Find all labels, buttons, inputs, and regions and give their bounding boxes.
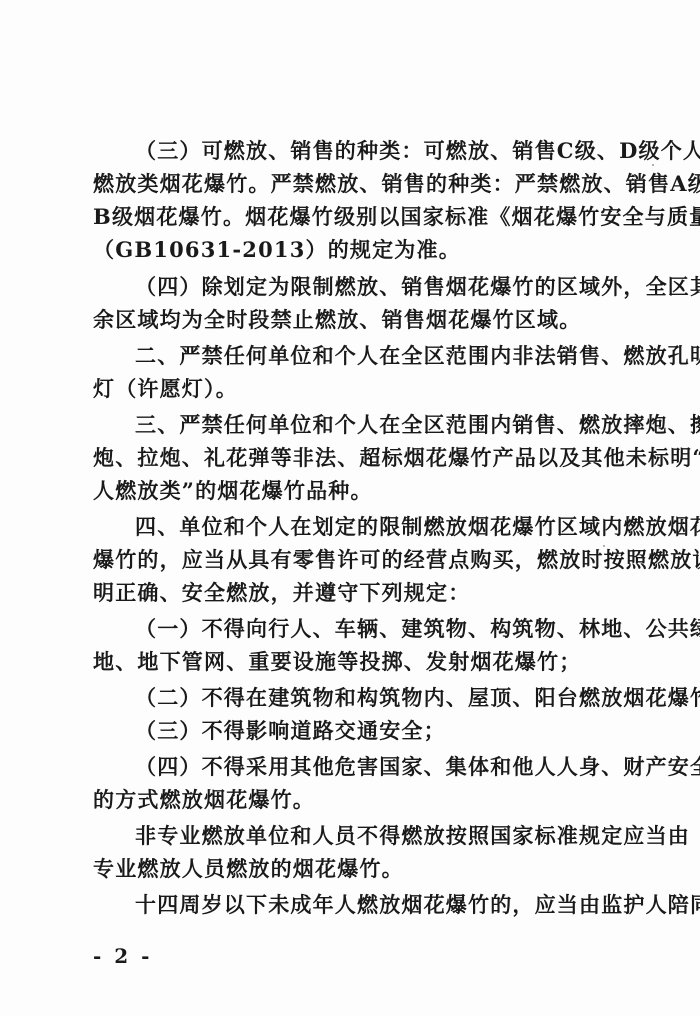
text-line: 的方式燃放烟花爆竹。 — [93, 787, 609, 813]
scan-speck — [603, 545, 605, 547]
text-line: 人燃放类”的烟花爆竹品种。 — [93, 478, 609, 504]
text-line: 燃放类烟花爆竹。严禁燃放、销售的种类：严禁燃放、销售A级、 — [93, 171, 609, 197]
text-line: 非专业燃放单位和人员不得燃放按照国家标准规定应当由 — [135, 823, 609, 849]
text-line: 专业燃放人员燃放的烟花爆竹。 — [93, 856, 609, 882]
text-line: B级烟花爆竹。烟花爆竹级别以国家标准《烟花爆竹安全与质量》 — [93, 204, 609, 230]
page-number: - 2 - — [93, 944, 152, 968]
scan-speck — [652, 164, 654, 166]
text-line: 灯（许愿灯）。 — [93, 376, 609, 402]
text-line: 炮、拉炮、礼花弹等非法、超标烟花爆竹产品以及其他未标明“个 — [93, 445, 609, 471]
text-line: 爆竹的，应当从具有零售许可的经营点购买，燃放时按照燃放说 — [93, 547, 609, 573]
text-line: （三）可燃放、销售的种类：可燃放、销售C级、D级个人 — [135, 138, 609, 164]
text-line: （GB10631-2013）的规定为准。 — [93, 237, 609, 263]
text-line: 余区域均为全时段禁止燃放、销售烟花爆竹区域。 — [93, 307, 609, 333]
text-line: （三）不得影响道路交通安全； — [135, 718, 609, 744]
document-page: （三）可燃放、销售的种类：可燃放、销售C级、D级个人燃放类烟花爆竹。严禁燃放、销… — [0, 0, 700, 1016]
text-line: 三、严禁任何单位和个人在全区范围内销售、燃放摔炮、擦 — [135, 412, 609, 438]
text-line: （二）不得在建筑物和构筑物内、屋顶、阳台燃放烟花爆竹； — [135, 685, 609, 711]
text-line: 二、严禁任何单位和个人在全区范围内非法销售、燃放孔明 — [135, 343, 609, 369]
text-line: （四）除划定为限制燃放、销售烟花爆竹的区域外，全区其 — [135, 274, 609, 300]
text-line: （一）不得向行人、车辆、建筑物、构筑物、林地、公共绿 — [135, 616, 609, 642]
text-line: 明正确、安全燃放，并遵守下列规定： — [93, 580, 609, 606]
text-line: 四、单位和个人在划定的限制燃放烟花爆竹区域内燃放烟花 — [135, 514, 609, 540]
text-line: 地、地下管网、重要设施等投掷、发射烟花爆竹； — [93, 649, 609, 675]
text-line: （四）不得采用其他危害国家、集体和他人人身、财产安全 — [135, 754, 609, 780]
text-line: 十四周岁以下未成年人燃放烟花爆竹的，应当由监护人陪同 — [135, 892, 609, 918]
